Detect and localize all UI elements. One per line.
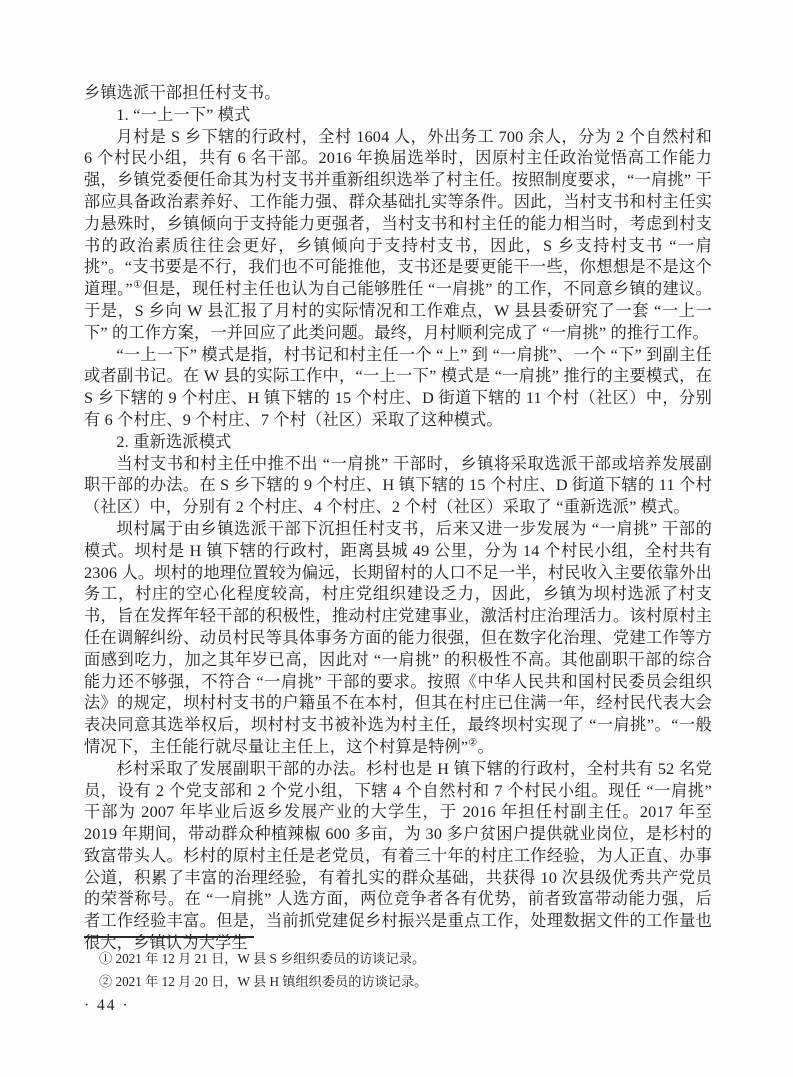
document-body: 乡镇选派干部担任村支书。1. “一上一下” 模式月村是 S 乡下辖的行政村，全村… (84, 83, 712, 955)
footnotes-list: ① 2021 年 12 月 21 日，W 县 S 乡组织委员的访谈记录。② 20… (84, 947, 712, 993)
paragraph: 月村是 S 乡下辖的行政村，全村 1604 人，外出务工 700 余人，分为 2… (84, 127, 712, 345)
section-heading: 1. “一上一下” 模式 (84, 105, 712, 127)
paragraph: 乡镇选派干部担任村支书。 (84, 83, 712, 105)
footnote-ref: ① (133, 280, 143, 291)
text-run: 但是，现任村主任也认为自己能够胜任 “一肩挑” 的工作，不同意乡镇的建议。于是，… (84, 280, 712, 342)
footnote-divider (84, 936, 254, 938)
text-run: “一上一下” 模式是指，村书记和村主任一个 “上” 到 “一肩挑”、一个 “下”… (84, 346, 712, 429)
paragraph: 当村支书和村主任中推不出 “一肩挑” 干部时，乡镇将采取选派干部或培养发展副职干… (84, 454, 712, 519)
text-run: 月村是 S 乡下辖的行政村，全村 1604 人，外出务工 700 余人，分为 2… (84, 128, 712, 299)
text-run: 当村支书和村主任中推不出 “一肩挑” 干部时，乡镇将采取选派干部或培养发展副职干… (84, 455, 712, 517)
text-run: 。 (478, 738, 494, 756)
footnote-area: ① 2021 年 12 月 21 日，W 县 S 乡组织委员的访谈记录。② 20… (84, 936, 712, 993)
document-page: 乡镇选派干部担任村支书。1. “一上一下” 模式月村是 S 乡下辖的行政村，全村… (0, 0, 793, 1077)
paragraph: “一上一下” 模式是指，村书记和村主任一个 “上” 到 “一肩挑”、一个 “下”… (84, 345, 712, 432)
text-run: 2. 重新选派模式 (116, 433, 231, 451)
paragraph: 杉村采取了发展副职干部的办法。杉村也是 H 镇下辖的行政村，全村共有 52 名党… (84, 759, 712, 955)
footnote: ① 2021 年 12 月 21 日，W 县 S 乡组织委员的访谈记录。 (84, 947, 712, 970)
paragraph: 坝村属于由乡镇选派干部下沉担任村支书，后来又进一步发展为 “一肩挑” 干部的模式… (84, 519, 712, 759)
section-heading: 2. 重新选派模式 (84, 432, 712, 454)
text-run: 坝村属于由乡镇选派干部下沉担任村支书，后来又进一步发展为 “一肩挑” 干部的模式… (84, 520, 712, 756)
text-run: 杉村采取了发展副职干部的办法。杉村也是 H 镇下辖的行政村，全村共有 52 名党… (84, 760, 712, 952)
text-run: 1. “一上一下” 模式 (116, 106, 250, 124)
footnote-ref: ② (468, 738, 477, 749)
text-run: 乡镇选派干部担任村支书。 (84, 84, 281, 102)
footnote: ② 2021 年 12 月 20 日，W 县 H 镇组织委员的访谈记录。 (84, 970, 712, 993)
page-number: · 44 · (84, 997, 130, 1015)
